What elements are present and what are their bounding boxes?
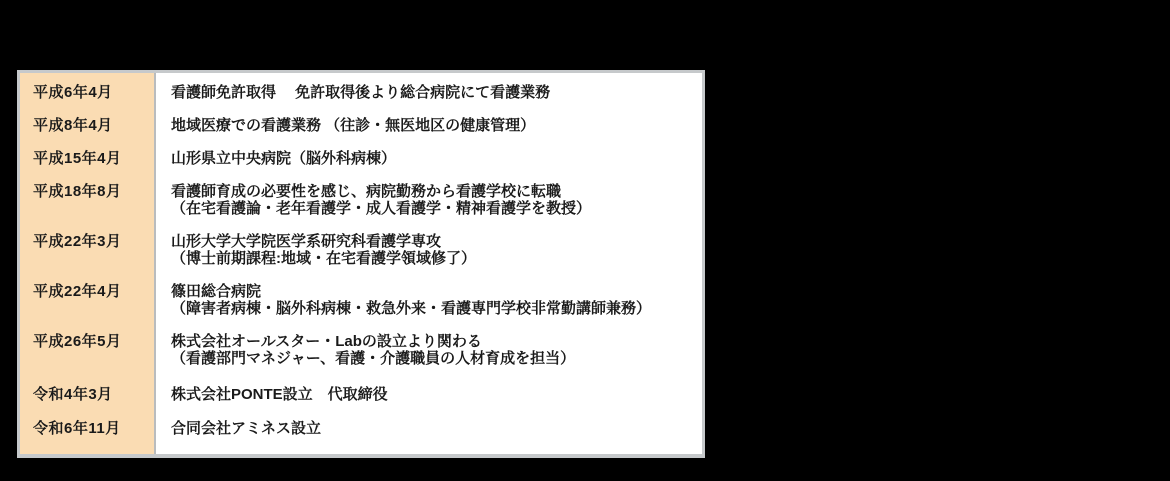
career-history-table: 平成6年4月 看護師免許取得 免許取得後より総合病院にて看護業務 平成8年4月 … [17, 70, 705, 458]
content-line: 合同会社アミネス設立 [171, 420, 321, 437]
content-line: （看護部門マネジャー、看護・介護職員の人材育成を担当） [171, 350, 575, 367]
table-row: 令和4年3月 株式会社PONTE設立 代取締役 [20, 386, 702, 420]
row-content: 山形県立中央病院（脳外科病棟） [156, 150, 396, 167]
table-row: 令和6年11月 合同会社アミネス設立 [20, 420, 702, 453]
row-date: 平成22年4月 [20, 283, 156, 300]
content-line: 株式会社オールスター・Labの設立より関わる [171, 333, 575, 350]
row-date: 令和4年3月 [20, 386, 156, 403]
row-content: 地域医療での看護業務 （往診・無医地区の健康管理） [156, 117, 535, 134]
row-content: 合同会社アミネス設立 [156, 420, 321, 437]
content-line: （在宅看護論・老年看護学・成人看護学・精神看護学を教授） [171, 200, 591, 217]
row-content: 看護師育成の必要性を感じ、病院勤務から看護学校に転職 （在宅看護論・老年看護学・… [156, 183, 591, 217]
content-line: 株式会社PONTE設立 代取締役 [171, 386, 388, 403]
row-date: 平成18年8月 [20, 183, 156, 200]
table-row: 平成26年5月 株式会社オールスター・Labの設立より関わる （看護部門マネジャ… [20, 333, 702, 386]
content-line: 地域医療での看護業務 （往診・無医地区の健康管理） [171, 117, 535, 134]
content-line: 看護師育成の必要性を感じ、病院勤務から看護学校に転職 [171, 183, 591, 200]
table-row: 平成22年4月 篠田総合病院 （障害者病棟・脳外科病棟・救急外来・看護専門学校非… [20, 283, 702, 333]
table-row: 平成18年8月 看護師育成の必要性を感じ、病院勤務から看護学校に転職 （在宅看護… [20, 183, 702, 233]
row-content: 山形大学大学院医学系研究科看護学専攻 （博士前期課程:地域・在宅看護学領域修了） [156, 233, 476, 267]
row-content: 看護師免許取得 免許取得後より総合病院にて看護業務 [156, 84, 550, 101]
row-content: 株式会社PONTE設立 代取締役 [156, 386, 388, 403]
row-date: 平成22年3月 [20, 233, 156, 250]
row-date: 平成6年4月 [20, 84, 156, 101]
content-line: 篠田総合病院 [171, 283, 651, 300]
row-date: 平成15年4月 [20, 150, 156, 167]
row-date: 令和6年11月 [20, 420, 156, 437]
table-row: 平成22年3月 山形大学大学院医学系研究科看護学専攻 （博士前期課程:地域・在宅… [20, 233, 702, 283]
content-line: （博士前期課程:地域・在宅看護学領域修了） [171, 250, 476, 267]
row-date: 平成8年4月 [20, 117, 156, 134]
row-content: 篠田総合病院 （障害者病棟・脳外科病棟・救急外来・看護専門学校非常勤講師兼務） [156, 283, 651, 317]
content-line: 山形大学大学院医学系研究科看護学専攻 [171, 233, 476, 250]
content-line: （障害者病棟・脳外科病棟・救急外来・看護専門学校非常勤講師兼務） [171, 300, 651, 317]
row-date: 平成26年5月 [20, 333, 156, 350]
table-row: 平成8年4月 地域医療での看護業務 （往診・無医地区の健康管理） [20, 117, 702, 150]
row-content: 株式会社オールスター・Labの設立より関わる （看護部門マネジャー、看護・介護職… [156, 333, 575, 367]
content-line: 看護師免許取得 免許取得後より総合病院にて看護業務 [171, 84, 550, 101]
table-row: 平成15年4月 山形県立中央病院（脳外科病棟） [20, 150, 702, 183]
content-line: 山形県立中央病院（脳外科病棟） [171, 150, 396, 167]
table-row: 平成6年4月 看護師免許取得 免許取得後より総合病院にて看護業務 [20, 84, 702, 117]
table-rows: 平成6年4月 看護師免許取得 免許取得後より総合病院にて看護業務 平成8年4月 … [20, 73, 702, 453]
